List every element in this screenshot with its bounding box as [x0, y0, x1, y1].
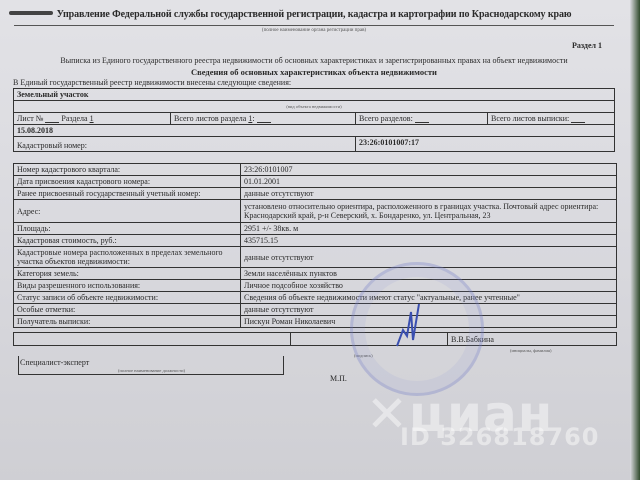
official-position: Специалист-эксперт	[20, 358, 89, 367]
row-label: Площадь:	[14, 223, 241, 235]
sheet-number-cell: Лист № Раздела 1	[14, 113, 171, 125]
row-value: данные отсутствуют	[241, 188, 617, 200]
total-sections-label: Всего разделов:	[359, 114, 413, 123]
authority-caption: (полное наименование органа регистрации …	[14, 28, 614, 33]
table-row: Получатель выписки:Пискун Роман Николаев…	[14, 316, 617, 328]
row-label: Адрес:	[14, 200, 241, 223]
watermark-id: ID 326818760	[400, 423, 600, 451]
table-row: Виды разрешенного использования:Личное п…	[14, 280, 617, 292]
row-value: 2951 +/- 38кв. м	[241, 223, 617, 235]
row-label: Получатель выписки:	[14, 316, 241, 328]
extract-intro: Выписка из Единого государственного реес…	[14, 56, 614, 65]
table-row: Особые отметки:данные отсутствуют	[14, 304, 617, 316]
total-extract-label: Всего листов выписки:	[491, 114, 569, 123]
registry-note: В Единый государственный реестр недвижим…	[13, 78, 291, 87]
row-label: Ранее присвоенный государственный учетны…	[14, 188, 241, 200]
table-row: Номер кадастрового квартала:23:26:010100…	[14, 164, 617, 176]
row-value: 23:26:0101007	[241, 164, 617, 176]
signature-table: В.В.Бабкина	[13, 332, 617, 346]
background-edge	[630, 0, 640, 480]
table-row: Адрес:установлено относительно ориентира…	[14, 200, 617, 223]
extract-date: 15.08.2018	[14, 125, 615, 137]
sheet-label: Лист №	[17, 114, 43, 123]
section-field-label: Раздела	[61, 114, 87, 123]
table-row: Площадь:2951 +/- 38кв. м	[14, 223, 617, 235]
cadastral-number-label: Кадастровый номер:	[14, 137, 356, 152]
total-sheets-value: 1	[248, 114, 252, 123]
characteristics-table: Номер кадастрового квартала:23:26:010100…	[13, 163, 617, 328]
row-label: Кадастровая стоимость, руб.:	[14, 235, 241, 247]
row-value: установлено относительно ориентира, расп…	[241, 200, 617, 223]
row-label: Статус записи об объекте недвижимости:	[14, 292, 241, 304]
total-sections-cell: Всего разделов:	[356, 113, 488, 125]
object-header-table: Земельный участок (вид объекта недвижимо…	[13, 88, 615, 152]
title-rule	[14, 25, 614, 26]
section-value: 1	[90, 114, 94, 123]
table-row: Статус записи об объекте недвижимости:Св…	[14, 292, 617, 304]
row-value: 01.01.2001	[241, 176, 617, 188]
total-extract-cell: Всего листов выписки:	[488, 113, 615, 125]
table-row: Кадастровая стоимость, руб.:435715.15	[14, 235, 617, 247]
row-label: Особые отметки:	[14, 304, 241, 316]
authority-title: Управление Федеральной службы государств…	[14, 9, 614, 20]
table-row: Кадастровые номера расположенных в преде…	[14, 247, 617, 268]
object-type: Земельный участок	[14, 89, 615, 101]
table-row: Дата присвоения кадастрового номера:01.0…	[14, 176, 617, 188]
row-label: Виды разрешенного использования:	[14, 280, 241, 292]
signature-icon	[393, 300, 423, 350]
position-caption: (полное наименование должности)	[118, 368, 185, 373]
seal-label: М.П.	[330, 374, 347, 383]
total-sheets-label: Всего листов раздела	[174, 114, 246, 123]
name-caption: (инициалы, фамилия)	[510, 348, 552, 353]
cadastral-number-value: 23:26:0101007:17	[356, 137, 615, 152]
total-sheets-cell: Всего листов раздела 1:	[171, 113, 356, 125]
row-value: 435715.15	[241, 235, 617, 247]
object-type-caption: (вид объекта недвижимости)	[14, 101, 615, 113]
section-label: Раздел 1	[572, 41, 602, 50]
row-label: Кадастровые номера расположенных в преде…	[14, 247, 241, 268]
table-row: Категория земель:Земли населённых пункто…	[14, 268, 617, 280]
row-label: Дата присвоения кадастрового номера:	[14, 176, 241, 188]
extract-subtitle: Сведения об основных характеристиках объ…	[14, 67, 614, 77]
row-label: Номер кадастрового квартала:	[14, 164, 241, 176]
row-label: Категория земель:	[14, 268, 241, 280]
table-row: Ранее присвоенный государственный учетны…	[14, 188, 617, 200]
